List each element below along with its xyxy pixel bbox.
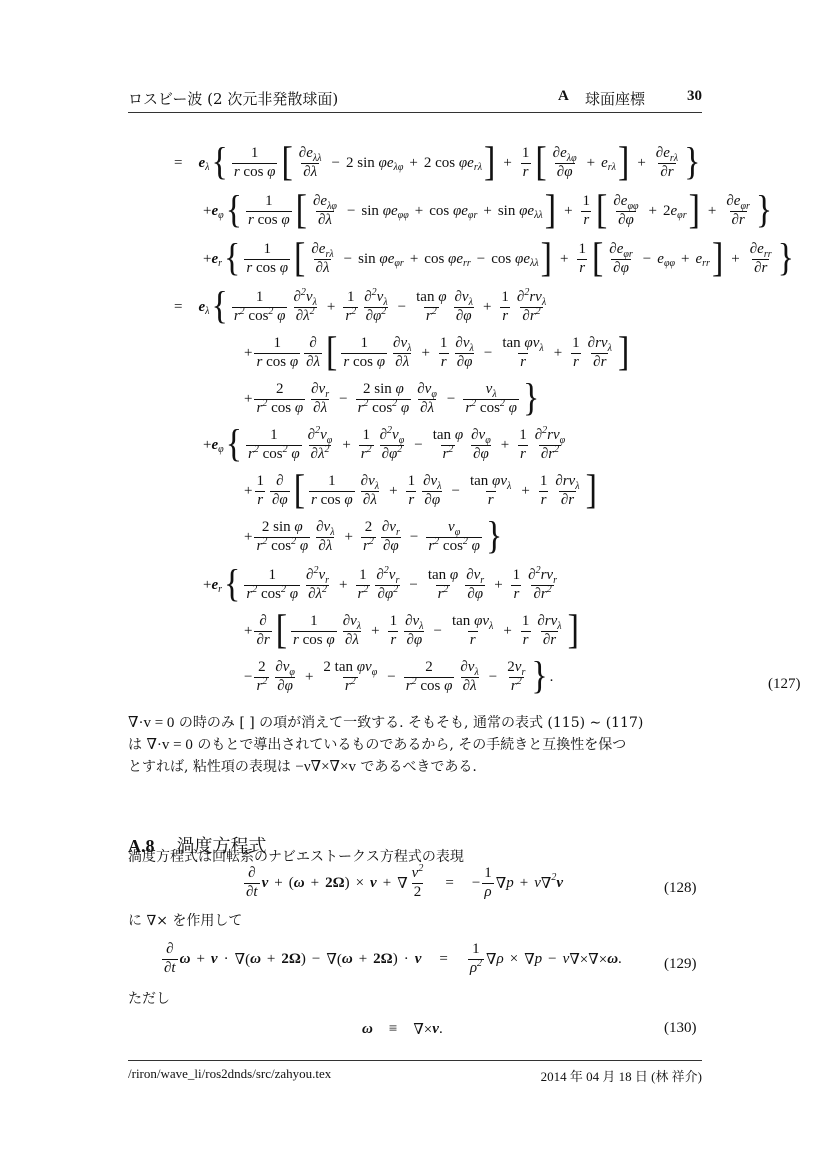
paragraph-where: ただし (128, 988, 708, 1010)
date-author: 2014 年 04 月 18 日 (林 祥介) (541, 1066, 702, 1085)
source-path: /riron/wave_li/ros2dnds/src/zahyou.tex (128, 1066, 331, 1081)
page-footer: /riron/wave_li/ros2dnds/src/zahyou.tex 2… (128, 1066, 702, 1082)
eq127-line-4: = eλ { 1r2 cos2 φ ∂2vλ∂λ2 + 1r2 ∂2vλ∂φ2 … (174, 290, 550, 325)
section-title: 球面座標 (585, 88, 645, 109)
equation-number-128: (128) (664, 880, 697, 897)
eq127-line-7: +eφ { 1r2 cos2 φ ∂2vφ∂λ2 + 1r2 ∂2vφ∂φ2 −… (203, 428, 569, 463)
equation-128: ∂∂t v+(ω+2Ω)×v+∇ v22 = −1ρ∇p+ν∇2v (242, 866, 563, 901)
eq127-line-3: +er { 1r cos φ [ ∂erλ∂λ −sin φeφr +cos φ… (203, 242, 796, 277)
eq127-line-12: − 2r2 ∂vφ∂φ + 2 tan φvφr2 − 2r2 cos φ ∂v… (244, 660, 553, 695)
equation-number-129: (129) (664, 956, 697, 973)
header-rule (128, 112, 702, 113)
eq127-line-8: + 1r ∂∂φ [ 1r cos φ ∂vλ∂λ + 1r ∂vλ∂φ − t… (244, 474, 599, 509)
footer-rule (128, 1060, 702, 1061)
eq127-line-9: + 2 sin φr2 cos2 φ ∂vλ∂λ + 2r2 ∂vr∂φ − v… (244, 520, 504, 555)
eq127-line-11: + ∂∂r [ 1r cos φ ∂vλ∂λ + 1r ∂vλ∂φ − tan … (244, 614, 581, 649)
equation-130: ω ≡ ∇×v. (362, 1020, 443, 1039)
equation-129: ∂∂t ω+v·∇(ω+2Ω)−∇(ω+2Ω)·v = 1ρ2∇ρ×∇p−ν∇×… (160, 942, 622, 977)
eq127-line-1: = eλ { 1r cos φ [ ∂eλλ∂λ −2 sin φeλφ +2 … (174, 146, 702, 181)
page-number: 30 (687, 88, 702, 105)
equation-number-127: (127) (768, 676, 801, 693)
paragraph-commentary: ∇·v = 0 の時のみ [ ] の項が消えて一致する. そもそも, 通常の表式… (128, 712, 708, 778)
inline-math: ∇·v = 0 (146, 737, 192, 753)
inline-math: ∇·v = 0 (128, 715, 174, 731)
eq127-line-10: +er { 1r2 cos2 φ ∂2vr∂λ2 + 1r2 ∂2vr∂φ2 −… (203, 568, 561, 603)
eq127-line-6: + 2r2 cos φ ∂vr∂λ − 2 sin φr2 cos2 φ ∂vφ… (244, 382, 541, 417)
section-label: A (558, 88, 569, 105)
eq127-line-5: + 1r cos φ ∂∂λ [ 1r cos φ ∂vλ∂λ + 1r ∂vλ… (244, 336, 631, 371)
inline-math: −ν∇×∇×v (295, 759, 356, 775)
eq127-line-2: +eφ { 1r cos φ [ ∂eλφ∂λ −sin φeφφ +cos φ… (203, 194, 774, 229)
paragraph-apply-curl: に ∇× を作用して (128, 910, 708, 932)
running-title: ロスビー波 (2 次元非発散球面) (128, 88, 338, 109)
equation-number-130: (130) (664, 1020, 697, 1037)
page-header: ロスビー波 (2 次元非発散球面) A 球面座標 30 (128, 88, 702, 110)
